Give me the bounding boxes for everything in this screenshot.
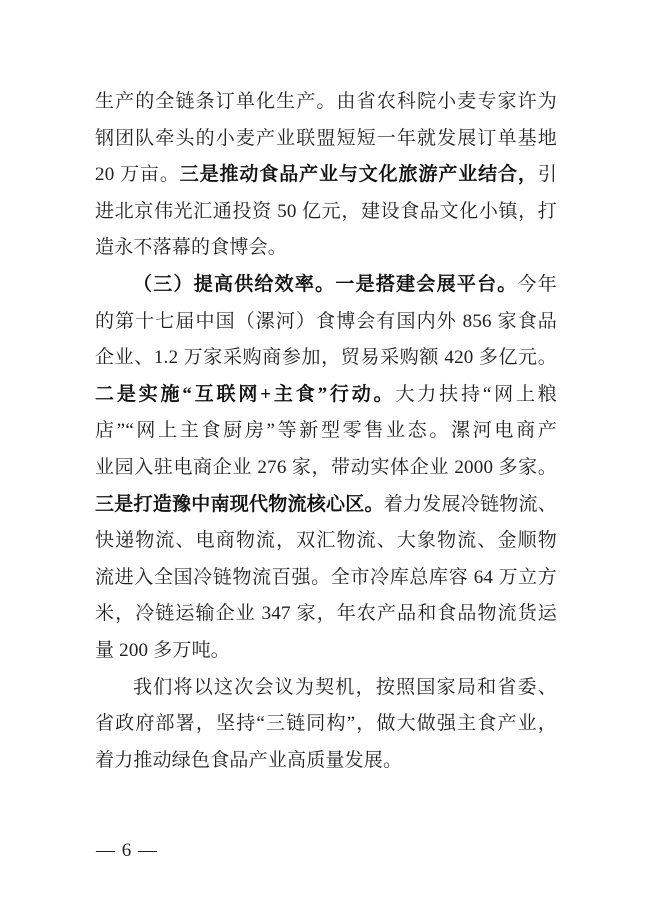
text-run: 的第十七届中国（漯河）食博会有国内外 856 家食品 <box>95 311 557 332</box>
emphasis-run: 二是实施“互联网+主食”行动。 <box>95 384 395 405</box>
text-line: 店”“网上主食厨房”等新型零售业态。漯河电商产 <box>95 413 557 450</box>
text-line: 20 万亩。三是推动食品产业与文化旅游产业结合，引 <box>95 157 557 194</box>
page-number: — 6 — <box>96 838 158 864</box>
text-line: 进北京伟光汇通投资 50 亿元，建设食品文化小镇，打 <box>95 194 557 231</box>
text-run: 着力发展冷链物流、 <box>384 494 557 515</box>
emphasis-run: 三是推动食品产业与文化旅游产业结合， <box>180 164 538 185</box>
document-body: 生产的全链条订单化生产。由省农科院小麦专家许为钢团队牵头的小麦产业联盟短短一年就… <box>95 84 557 779</box>
document-page: 生产的全链条订单化生产。由省农科院小麦专家许为钢团队牵头的小麦产业联盟短短一年就… <box>0 0 650 919</box>
text-line: 着力推动绿色食品产业高质量发展。 <box>95 743 557 780</box>
text-line: 的第十七届中国（漯河）食博会有国内外 856 家食品 <box>95 304 557 341</box>
text-line: 我们将以这次会议为契机，按照国家局和省委、 <box>95 670 557 707</box>
text-run: 钢团队牵头的小麦产业联盟短短一年就发展订单基地 <box>95 128 557 149</box>
text-run: 流进入全国冷链物流百强。全市冷库总库容 64 万立方 <box>95 567 557 588</box>
text-run: 省政府部署，坚持“三链同构”，做大做强主食产业， <box>95 713 557 734</box>
text-run: 进北京伟光汇通投资 50 亿元，建设食品文化小镇，打 <box>95 201 557 222</box>
text-run: 店”“网上主食厨房”等新型零售业态。漯河电商产 <box>95 420 557 441</box>
text-line: 企业、1.2 万家采购商参加，贸易采购额 420 多亿元。 <box>95 340 557 377</box>
emphasis-run: （三）提高供给效率。一是搭建会展平台。 <box>133 274 518 295</box>
text-line: 米，冷链运输企业 347 家，年农产品和食品物流货运 <box>95 596 557 633</box>
text-line: 快递物流、电商物流，双汇物流、大象物流、金顺物 <box>95 523 557 560</box>
text-run: 今年 <box>518 274 557 295</box>
text-line: 流进入全国冷链物流百强。全市冷库总库容 64 万立方 <box>95 560 557 597</box>
text-line: 三是打造豫中南现代物流核心区。着力发展冷链物流、 <box>95 487 557 524</box>
text-run: 快递物流、电商物流，双汇物流、大象物流、金顺物 <box>95 530 557 551</box>
text-run: 着力推动绿色食品产业高质量发展。 <box>95 750 402 771</box>
text-run: 米，冷链运输企业 347 家，年农产品和食品物流货运 <box>95 603 557 624</box>
text-run: 量 200 多万吨。 <box>95 640 230 661</box>
text-line: 省政府部署，坚持“三链同构”，做大做强主食产业， <box>95 706 557 743</box>
text-line: 生产的全链条订单化生产。由省农科院小麦专家许为 <box>95 84 557 121</box>
text-line: 造永不落幕的食博会。 <box>95 230 557 267</box>
text-line: 业园入驻电商企业 276 家，带动实体企业 2000 多家。 <box>95 450 557 487</box>
text-line: 二是实施“互联网+主食”行动。大力扶持“网上粮 <box>95 377 557 414</box>
text-run: 业园入驻电商企业 276 家，带动实体企业 2000 多家。 <box>95 457 557 478</box>
text-line: 量 200 多万吨。 <box>95 633 557 670</box>
text-run: 企业、1.2 万家采购商参加，贸易采购额 420 多亿元。 <box>95 347 557 368</box>
text-run: 20 万亩。 <box>95 164 180 185</box>
text-line: 钢团队牵头的小麦产业联盟短短一年就发展订单基地 <box>95 121 557 158</box>
text-run: 造永不落幕的食博会。 <box>95 237 287 258</box>
text-run: 引 <box>538 164 557 185</box>
emphasis-run: 三是打造豫中南现代物流核心区。 <box>95 494 384 515</box>
text-run: 大力扶持“网上粮 <box>395 384 557 405</box>
text-run: 生产的全链条订单化生产。由省农科院小麦专家许为 <box>95 91 557 112</box>
text-line: （三）提高供给效率。一是搭建会展平台。今年 <box>95 267 557 304</box>
text-run: 我们将以这次会议为契机，按照国家局和省委、 <box>133 677 557 698</box>
